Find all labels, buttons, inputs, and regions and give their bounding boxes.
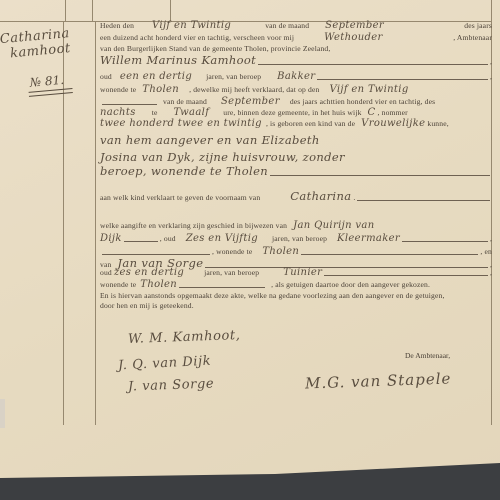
blank-rule	[124, 240, 158, 242]
handwritten-witness1-name: Jan Quirijn van	[293, 220, 374, 231]
upper-rule-d	[491, 0, 492, 21]
handwritten-day: Vijf en Twintig	[152, 20, 231, 31]
printed-text: jaren, van beroep	[272, 234, 327, 243]
official-label: De Ambtenaar,	[405, 351, 450, 360]
printed-text: van de maand	[163, 97, 207, 106]
handwritten-declarant-name: Willem Marinus Kamhoot	[100, 53, 256, 67]
printed-text: , dewelke mij heeft verklaard, dat op de…	[189, 85, 319, 94]
blank-rule	[317, 78, 488, 80]
printed-text: jaren, van beroep	[206, 72, 261, 81]
printed-text: ,	[490, 72, 492, 81]
printed-text: , oud	[160, 234, 176, 243]
handwritten-month: September	[325, 20, 384, 31]
form-line: door hen en mij is geteekend.	[100, 301, 492, 310]
handwritten-witness1-age: Zes en Vijftig	[186, 233, 258, 244]
handwritten-age: een en dertig	[120, 71, 192, 82]
printed-text: des jaars	[464, 21, 492, 30]
form-line: Dijk , oud Zes en Vijftig jaren, van ber…	[100, 233, 492, 244]
form-line: oud zes en dertig jaren, van beroep Tuin…	[100, 267, 492, 278]
printed-text: ,	[490, 268, 492, 277]
form-line: En is hiervan aanstonds opgemaakt deze a…	[100, 291, 492, 300]
form-line: van den Burgerlijken Stand van de gemeen…	[100, 44, 492, 53]
printed-text: ,	[490, 234, 492, 243]
act-number: № 81.	[29, 70, 98, 90]
printed-text: Heden den	[100, 21, 134, 30]
printed-text: ,	[490, 57, 492, 66]
handwritten-birth-month: September	[221, 96, 280, 107]
blank-rule	[324, 274, 488, 276]
blank-rule	[301, 253, 478, 255]
handwritten-parents-text: van hem aangever en van Elizabeth	[100, 133, 320, 147]
printed-text: van de maand	[265, 21, 309, 30]
form-line: beroep, wonende te Tholen	[100, 164, 492, 178]
handwritten-district-letter: C	[368, 107, 376, 118]
printed-text: welke aangifte en verklaring zijn geschi…	[100, 221, 287, 230]
printed-text: , is geboren een kind van de	[266, 119, 355, 128]
printed-text: , en	[480, 247, 492, 256]
printed-text: door hen en mij is geteekend.	[100, 301, 194, 310]
form-line: twee honderd twee en twintig , is gebore…	[100, 118, 492, 129]
printed-text: , wonende te	[212, 247, 252, 256]
adjacent-page-edge	[0, 399, 5, 428]
form-line: Willem Marinus Kamhoot ,	[100, 53, 492, 67]
printed-text: ure, binnen deze gemeente, in het huis w…	[223, 108, 361, 117]
printed-text: een duizend acht honderd vier en tachtig…	[100, 33, 294, 42]
upper-rule-b	[92, 0, 93, 21]
printed-text: .	[353, 193, 355, 202]
printed-text: wonende te	[100, 280, 136, 289]
printed-text: aan welk kind verklaart te geven de voor…	[100, 193, 260, 202]
handwritten-hour: Twaalf	[173, 107, 209, 118]
form-line: Josina van Dyk, zijne huisvrouw, zonder	[100, 150, 492, 164]
printed-text: , nommer	[378, 108, 408, 117]
handwritten-child-first-name: Catharina	[290, 189, 351, 203]
handwritten-residence: Tholen	[142, 84, 179, 95]
blank-rule	[258, 63, 488, 65]
blank-rule	[357, 199, 490, 201]
printed-text: kunne,	[427, 119, 448, 128]
printed-text: En is hiervan aanstonds opgemaakt deze a…	[100, 291, 445, 300]
blank-rule	[270, 174, 490, 176]
form-line: nachts te Twaalf ure, binnen deze gemeen…	[100, 107, 492, 118]
form-line: wonende te Tholen , als getuigen daartoe…	[100, 279, 492, 290]
form-line: wonende te Tholen , dewelke mij heeft ve…	[100, 84, 492, 95]
handwritten-mother-name: Josina van Dyk, zijne huisvrouw, zonder	[100, 150, 345, 164]
margin-annotation: Catharina kamhoot № 81.	[0, 24, 99, 99]
printed-text: jaren, van beroep	[204, 268, 259, 277]
handwritten-official-title: Wethouder	[324, 32, 383, 43]
upper-rule-c	[170, 0, 171, 21]
handwritten-time-of-day: nachts	[100, 107, 136, 118]
form-line: Heden den Vijf en Twintig van de maand S…	[100, 20, 492, 31]
printed-text: te	[152, 108, 158, 117]
blank-rule	[102, 253, 210, 255]
handwritten-gender: Vrouwelijke	[361, 118, 425, 129]
handwritten-house-number: twee honderd twee en twintig	[100, 118, 262, 129]
handwritten-witness1-name-cont: Dijk	[100, 233, 122, 244]
printed-text: oud	[100, 72, 112, 81]
form-line: oud een en dertig jaren, van beroep Bakk…	[100, 71, 492, 82]
form-line: welke aangifte en verklaring zijn geschi…	[100, 220, 492, 231]
form-line: van hem aangever en van Elizabeth	[100, 133, 492, 147]
upper-rule-a	[65, 0, 66, 21]
handwritten-witness2-residence: Tholen	[140, 279, 177, 290]
handwritten-witness2-occupation: Tuinier	[283, 267, 322, 278]
handwritten-mother-residence: beroep, wonende te Tholen	[100, 164, 268, 178]
form-line: een duizend acht honderd vier en tachtig…	[100, 32, 492, 43]
printed-text: , als getuigen daartoe door den aangever…	[271, 280, 430, 289]
blank-rule	[179, 286, 265, 288]
printed-text: des jaars achttien honderd vier en tacht…	[290, 97, 435, 106]
signature-witness2: J. van Sorge	[128, 376, 215, 394]
form-line: aan welk kind verklaart te geven de voor…	[100, 189, 492, 203]
form-line: van de maand September des jaars achttie…	[100, 96, 492, 107]
printed-text: wonende te	[100, 85, 136, 94]
blank-rule	[402, 240, 488, 242]
handwritten-birth-day: Vijf en Twintig	[329, 84, 408, 95]
printed-text: van den Burgerlijken Stand van de gemeen…	[100, 44, 330, 53]
scanned-birth-record: { "document": { "margin": { "child_name_…	[0, 0, 500, 500]
handwritten-witness2-age: zes en dertig	[114, 267, 184, 278]
handwritten-occupation: Bakker	[277, 71, 315, 82]
handwritten-witness1-occupation: Kleermaker	[337, 233, 400, 244]
blank-rule	[102, 103, 157, 105]
printed-text: , Ambtenaar	[453, 33, 492, 42]
printed-text: oud	[100, 268, 112, 277]
